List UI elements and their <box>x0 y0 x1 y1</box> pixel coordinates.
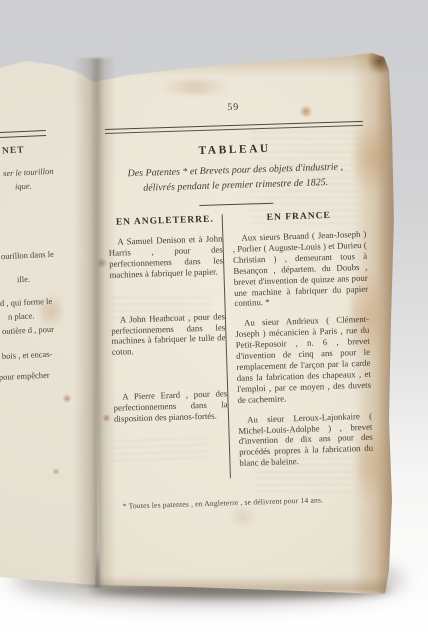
left-page-text-fragment: e pour empêcher <box>0 370 50 383</box>
left-page-text-fragment: NET <box>2 145 25 156</box>
foxing-stain <box>52 468 60 475</box>
left-page-text-fragment: ille. <box>17 274 30 285</box>
page-subtitle: Des Patentes * et Brevets pour des objet… <box>106 160 365 197</box>
page-edge-toning <box>90 50 390 76</box>
patent-entry: Au sieur Leroux-Lajonkaire ( Michel-Loui… <box>238 410 374 469</box>
column-england: EN ANGLETERRE. A Samuel Denison et à Joh… <box>108 214 230 482</box>
patents-table: EN ANGLETERRE. A Samuel Denison et à Joh… <box>108 210 374 482</box>
book-gutter-shadow <box>74 58 116 588</box>
foxing-stain <box>150 80 240 94</box>
left-page-text-fragment: ser le tourillon <box>3 166 54 178</box>
subtitle-line-2: délivrés pendant le premier trimestre de… <box>143 177 328 194</box>
header-double-rule <box>105 121 363 134</box>
foxing-stain <box>225 508 261 526</box>
photo-backdrop: NET ser le tourillon ique. ourillon dans… <box>0 0 428 640</box>
left-page-text-fragment: e bois , et encas- <box>0 349 52 362</box>
page-corner-stain <box>366 48 394 74</box>
left-page-text-fragment: ique. <box>15 181 32 192</box>
patent-entry: Aux sieurs Bruand ( Jean-Joseph ) , Porl… <box>232 229 368 310</box>
patent-entry: Au sieur Andrieux ( Clément-Joseph ) méc… <box>235 314 372 405</box>
column-france: EN FRANCE Aux sieurs Bruand ( Jean-Josep… <box>222 210 374 479</box>
patent-entry: A Pierre Erard , pour des perfectionneme… <box>113 389 228 425</box>
page-content: 59 TABLEAU Des Patentes * et Brevets pou… <box>104 92 375 511</box>
left-page-text-fragment: ourillon dans le <box>1 249 54 261</box>
foxing-stain <box>62 394 72 403</box>
column-england-header: EN ANGLETERRE. <box>108 214 222 228</box>
section-rule <box>199 203 273 206</box>
left-page-text-fragment: n place. <box>7 310 34 321</box>
patent-entry: A Samuel Denison et à John Harris , pour… <box>108 233 223 280</box>
page-title: TABLEAU <box>106 140 364 160</box>
patent-entry: A John Heathcoat , pour des perfectionne… <box>111 311 226 358</box>
foxing-stain <box>40 288 62 334</box>
column-france-header: EN FRANCE <box>232 210 366 224</box>
page-number: 59 <box>104 98 362 117</box>
left-page-rule-fragment <box>0 130 46 138</box>
